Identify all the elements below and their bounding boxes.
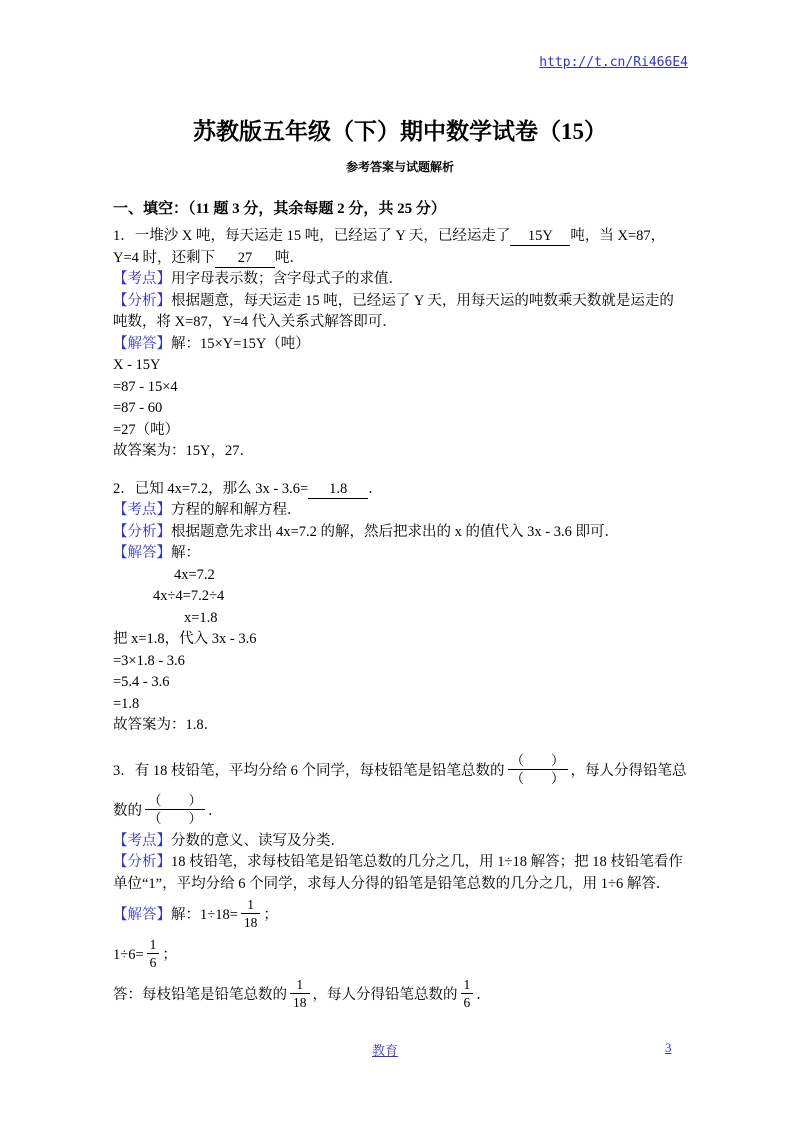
- q1-answer-line: 【解答】解：15×Y=15Y（吨）: [113, 334, 687, 356]
- fraction-1-18: 118: [241, 896, 261, 931]
- question-2: 2．已知 4x=7.2，那么 3x - 3.6=1.8． 【考点】方程的解和解方…: [113, 479, 687, 737]
- question-1: 1．一堆沙 X 吨，每天运走 15 吨，已经运了 Y 天，已经运走了15Y吨，当…: [113, 226, 687, 463]
- analysis-label: 【分析】: [113, 293, 171, 309]
- q2-equation-3: x=1.8: [184, 608, 687, 630]
- blank-fraction-numerator: （ ）: [508, 752, 568, 770]
- q1-step-1: X - 15Y: [113, 355, 687, 377]
- q1-topic-line: 【考点】用字母表示数；含字母式子的求值．: [113, 269, 687, 291]
- q3-answer-pre: 解：1÷18=: [171, 907, 238, 923]
- q1-step-3: =87 - 60: [113, 398, 687, 420]
- q3-text-3: ．: [208, 803, 223, 819]
- q3-final-3: ．: [476, 987, 491, 1003]
- q2-step-3: =5.4 - 3.6: [113, 672, 687, 694]
- question-3: 3．有 18 枝铅笔，平均分给 6 个同学，每枝铅笔是铅笔总数的（ ）（ ），每…: [113, 751, 687, 1016]
- footer-education-link[interactable]: 教育: [372, 1040, 398, 1059]
- q1-answer-intro: 解：15×Y=15Y（吨）: [171, 336, 310, 352]
- q2-answer-intro: 解：: [171, 545, 200, 561]
- q1-analysis-line: 【分析】根据题意，每天运走 15 吨，已经运了 Y 天，用每天运的吨数乘天数就是…: [113, 291, 687, 334]
- blank-fraction-1: （ ）（ ）: [508, 752, 568, 787]
- document-subtitle: 参考答案与试题解析: [113, 159, 687, 175]
- q2-equation-2: 4x÷4=7.2÷4: [153, 586, 687, 608]
- document-content: 苏教版五年级（下）期中数学试卷（15） 参考答案与试题解析 一、填空：（11 题…: [0, 0, 793, 1015]
- q3-answer-line-2: 1÷6=16；: [113, 935, 687, 975]
- topic-label: 【考点】: [113, 271, 171, 287]
- q1-step-2: =87 - 15×4: [113, 377, 687, 399]
- fraction-denominator: 18: [241, 914, 261, 931]
- q2-topic-text: 方程的解和解方程．: [171, 502, 302, 518]
- q2-text-2: ．: [368, 481, 383, 497]
- q1-topic-text: 用字母表示数；含字母式子的求值．: [171, 271, 403, 287]
- document-title: 苏教版五年级（下）期中数学试卷（15）: [113, 116, 687, 148]
- q1-step-4: =27（吨）: [113, 420, 687, 442]
- q3-analysis-text: 18 枝铅笔，求每枝铅笔是铅笔总数的几分之几，用 1÷18 解答；把 18 枝铅…: [113, 854, 683, 892]
- q3-line2-pre: 1÷6=: [113, 947, 144, 963]
- q1-answer-blank-1: 15Y: [510, 228, 570, 246]
- fraction-denominator: 6: [147, 954, 160, 971]
- blank-fraction-denominator: （ ）: [145, 810, 205, 827]
- q2-analysis-line: 【分析】根据题意先求出 4x=7.2 的解，然后把求出的 x 的值代入 3x -…: [113, 522, 687, 544]
- q3-answer-line: 【解答】解：1÷18=118；: [113, 895, 687, 935]
- q3-text-1: 3．有 18 枝铅笔，平均分给 6 个同学，每枝铅笔是铅笔总数的: [113, 763, 505, 779]
- blank-fraction-2: （ ）（ ）: [145, 792, 205, 827]
- question-3-statement: 3．有 18 枝铅笔，平均分给 6 个同学，每枝铅笔是铅笔总数的（ ）（ ），每…: [113, 751, 687, 831]
- fraction-numerator: 1: [147, 936, 160, 954]
- fraction-denominator: 18: [290, 994, 310, 1011]
- q1-text-1: 1．一堆沙 X 吨，每天运走 15 吨，已经运了 Y 天，已经运走了: [113, 228, 510, 244]
- answer-label: 【解答】: [113, 545, 171, 561]
- q2-topic-line: 【考点】方程的解和解方程．: [113, 500, 687, 522]
- q2-text-1: 2．已知 4x=7.2，那么 3x - 3.6=: [113, 481, 308, 497]
- topic-label: 【考点】: [113, 833, 171, 849]
- q3-topic-line: 【考点】分数的意义、读写及分类．: [113, 831, 687, 853]
- answer-label: 【解答】: [113, 336, 171, 352]
- analysis-label: 【分析】: [113, 524, 171, 540]
- q2-equation-1: 4x=7.2: [174, 565, 687, 587]
- analysis-label: 【分析】: [113, 854, 171, 870]
- fraction-1-6: 16: [461, 976, 474, 1011]
- footer-page-number[interactable]: 3: [665, 1040, 672, 1056]
- q3-final-1: 答：每枝铅笔是铅笔总数的: [113, 987, 287, 1003]
- section-heading: 一、填空：（11 题 3 分，其余每题 2 分，共 25 分）: [113, 199, 687, 220]
- document-page: http://t.cn/Ri466E4 苏教版五年级（下）期中数学试卷（15） …: [0, 0, 793, 1122]
- q3-final-answer: 答：每枝铅笔是铅笔总数的118，每人分得铅笔总数的16．: [113, 975, 687, 1015]
- q2-step-2: =3×1.8 - 3.6: [113, 651, 687, 673]
- q1-answer-blank-2: 27: [215, 250, 275, 268]
- fraction-numerator: 1: [290, 976, 310, 994]
- fraction-numerator: 1: [461, 976, 474, 994]
- fraction-1-6: 16: [147, 936, 160, 971]
- topic-label: 【考点】: [113, 502, 171, 518]
- q1-conclusion: 故答案为：15Y，27．: [113, 441, 687, 463]
- blank-fraction-denominator: （ ）: [508, 770, 568, 787]
- q2-conclusion: 故答案为：1.8．: [113, 715, 687, 737]
- question-1-statement: 1．一堆沙 X 吨，每天运走 15 吨，已经运了 Y 天，已经运走了15Y吨，当…: [113, 226, 687, 269]
- answer-label: 【解答】: [113, 907, 171, 923]
- blank-fraction-numerator: （ ）: [145, 792, 205, 810]
- q3-final-2: ，每人分得铅笔总数的: [313, 987, 458, 1003]
- q2-analysis-text: 根据题意先求出 4x=7.2 的解，然后把求出的 x 的值代入 3x - 3.6…: [171, 524, 619, 540]
- fraction-1-18: 118: [290, 976, 310, 1011]
- q1-text-3: 吨．: [275, 250, 304, 266]
- q3-semicolon: ；: [263, 907, 278, 923]
- q3-analysis-line: 【分析】18 枝铅笔，求每枝铅笔是铅笔总数的几分之几，用 1÷18 解答；把 1…: [113, 852, 687, 895]
- q1-analysis-text: 根据题意，每天运走 15 吨，已经运了 Y 天，用每天运的吨数乘天数就是运走的吨…: [113, 293, 674, 331]
- header-url-link[interactable]: http://t.cn/Ri466E4: [539, 55, 688, 70]
- q2-step-1: 把 x=1.8，代入 3x - 3.6: [113, 629, 687, 651]
- fraction-denominator: 6: [461, 994, 474, 1011]
- q2-answer-blank-1: 1.8: [308, 481, 368, 499]
- question-2-statement: 2．已知 4x=7.2，那么 3x - 3.6=1.8．: [113, 479, 687, 501]
- q2-step-4: =1.8: [113, 694, 687, 716]
- q3-semicolon: ；: [162, 947, 177, 963]
- q3-topic-text: 分数的意义、读写及分类．: [171, 833, 345, 849]
- fraction-numerator: 1: [241, 896, 261, 914]
- q2-answer-line: 【解答】解：: [113, 543, 687, 565]
